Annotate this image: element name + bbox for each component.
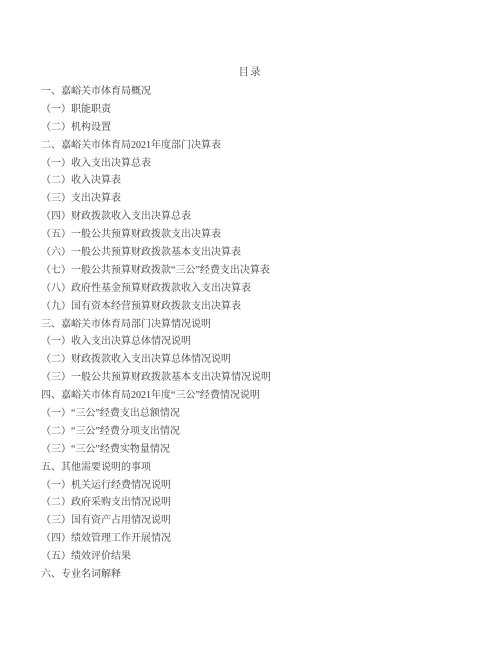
toc-item: （二）财政拨款收入支出决算总体情况说明 <box>41 351 470 369</box>
toc-item: （四）财政拨款收入支出决算总表 <box>41 208 470 226</box>
toc-item: （六）一般公共预算财政拨款基本支出决算表 <box>41 244 470 262</box>
toc-item: （九）国有资本经营预算财政拨款支出决算表 <box>41 298 470 316</box>
toc-item: （二）收入决算表 <box>41 172 470 190</box>
toc-item: （一）收入支出决算总体情况说明 <box>41 333 470 351</box>
toc-item: （二）“三公”经费分项支出情况 <box>41 423 470 441</box>
toc-item: （一）机关运行经费情况说明 <box>41 477 470 495</box>
toc-item: （三）一般公共预算财政拨款基本支出决算情况说明 <box>41 369 470 387</box>
toc-item: （三）国有资产占用情况说明 <box>41 512 470 530</box>
toc-item: （三）“三公”经费实物量情况 <box>41 441 470 459</box>
toc-item: （二）政府采购支出情况说明 <box>41 494 470 512</box>
toc-item: （五）一般公共预算财政拨款支出决算表 <box>41 226 470 244</box>
toc-item: 四、嘉峪关市体育局2021年度“三公”经费情况说明 <box>41 387 470 405</box>
toc-item: （五）绩效评价结果 <box>41 548 470 566</box>
toc-item: （二）机构设置 <box>41 119 470 137</box>
toc-item: （三）支出决算表 <box>41 190 470 208</box>
toc-item: （八）政府性基金预算财政拨款收入支出决算表 <box>41 280 470 298</box>
toc-item: 六、专业名词解释 <box>41 566 470 584</box>
toc-item: 二、嘉峪关市体育局2021年度部门决算表 <box>41 137 470 155</box>
toc-item: （一）职能职责 <box>41 101 470 119</box>
toc-item: （一）“三公”经费支出总额情况 <box>41 405 470 423</box>
toc-item: （四）绩效管理工作开展情况 <box>41 530 470 548</box>
toc-list: 一、嘉峪关市体育局概况（一）职能职责（二）机构设置二、嘉峪关市体育局2021年度… <box>41 83 470 584</box>
page-title: 目录 <box>0 64 500 79</box>
toc-item: 三、嘉峪关市体育局部门决算情况说明 <box>41 316 470 334</box>
document-page: 目录 一、嘉峪关市体育局概况（一）职能职责（二）机构设置二、嘉峪关市体育局202… <box>0 0 500 647</box>
toc-item: （七）一般公共预算财政拨款“三公”经费支出决算表 <box>41 262 470 280</box>
toc-item: 一、嘉峪关市体育局概况 <box>41 83 470 101</box>
toc-item: 五、其他需要说明的事项 <box>41 459 470 477</box>
toc-item: （一）收入支出决算总表 <box>41 155 470 173</box>
